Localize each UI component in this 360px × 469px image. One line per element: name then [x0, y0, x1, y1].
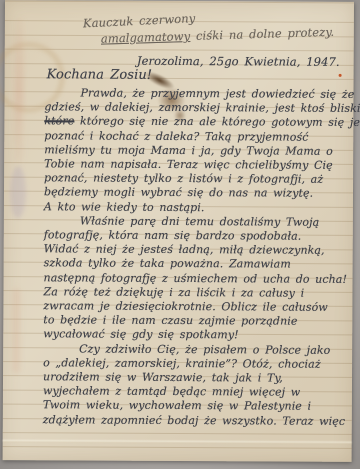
annotation-underlined-word: amalgamatowy — [101, 29, 191, 46]
letter-line: Twoim wieku, wychowałem się w Palestynie… — [43, 399, 311, 413]
paper-crease — [3, 439, 352, 444]
letter-line: szkoda tylko że taka poważna. Zamawiam — [44, 257, 291, 271]
letter-line: fotografję, która nam się bardzo spodoba… — [44, 228, 302, 242]
letter-line: Prawda, że przyjemnym jest dowiedzieć si… — [80, 86, 354, 100]
pencil-annotation-line1: Kauczuk czerwony — [83, 11, 196, 30]
letter-line: gdzieś, w dalekiej, zamorskiej krainie, … — [44, 100, 360, 115]
salutation: Kochana Zosiu! — [47, 67, 153, 83]
letter-line: zdążyłem zapomnieć bodaj że wszystko. Te… — [43, 413, 345, 428]
letter-line: to będzie i ile nam czasu zajmie porządn… — [43, 313, 297, 327]
dateline: Jerozolima, 25go Kwietnia, 1947. — [137, 54, 340, 69]
letter-line: wyjechałem z tamtąd będąc mniej więcej w — [43, 384, 300, 398]
paper-smudge — [10, 166, 26, 218]
letter-lines: Prawda, że przyjemnym jest dowiedzieć si… — [5, 0, 354, 2]
letter-line: Tobie nam napisała. Teraz więc chcieliby… — [44, 157, 333, 172]
letter-scan: Kauczuk czerwony amalgamatowy ciśki na d… — [0, 0, 360, 469]
paper-discoloration — [14, 18, 24, 163]
paper-speck — [339, 74, 342, 77]
letter-line: zwracam je dziesięciokrotnie. Oblicz ile… — [43, 299, 328, 313]
letter-line: poznać, niestety tylko z listów i z foto… — [44, 171, 323, 185]
letter-line: urodziłem się w Warszawie, tak jak i Ty, — [43, 370, 283, 384]
letter-paper: Kauczuk czerwony amalgamatowy ciśki na d… — [3, 0, 354, 462]
letter-line: poznać i kochać z daleka? Taką przyjemno… — [44, 129, 308, 143]
annotation-rest: ciśki na dolne protezy. — [190, 25, 334, 43]
letter-line: będziemy mogli wybrać się do nas na wizy… — [44, 186, 313, 200]
letter-line: które którego się nie zna ale którego go… — [44, 115, 360, 130]
letter-line: Widać z niej że jesteś ładną, miłą dziew… — [44, 242, 325, 256]
letter-line: wycałować się gdy się spotkamy! — [43, 328, 238, 342]
letter-line: A kto wie kiedy to nastąpi. — [44, 200, 205, 214]
letter-line: Właśnie parę dni temu dostaliśmy Twoją — [80, 214, 320, 228]
letter-line: Za różę też dziękuję i za liścik i za ca… — [43, 285, 304, 299]
letter-line: mieliśmy tu moja Mama i ja, gdy Twoja Ma… — [44, 143, 333, 158]
paper-discoloration — [12, 288, 20, 373]
letter-line: Czy zdziwiło Cię, że pisałem o Polsce ja… — [79, 342, 330, 356]
letter-line: następną fotografję z uśmiechem od ucha … — [44, 271, 348, 286]
struck-word: które — [44, 115, 74, 128]
letter-line: o „dalekiej, zamorskiej, krainie”? Otóż,… — [43, 356, 321, 370]
